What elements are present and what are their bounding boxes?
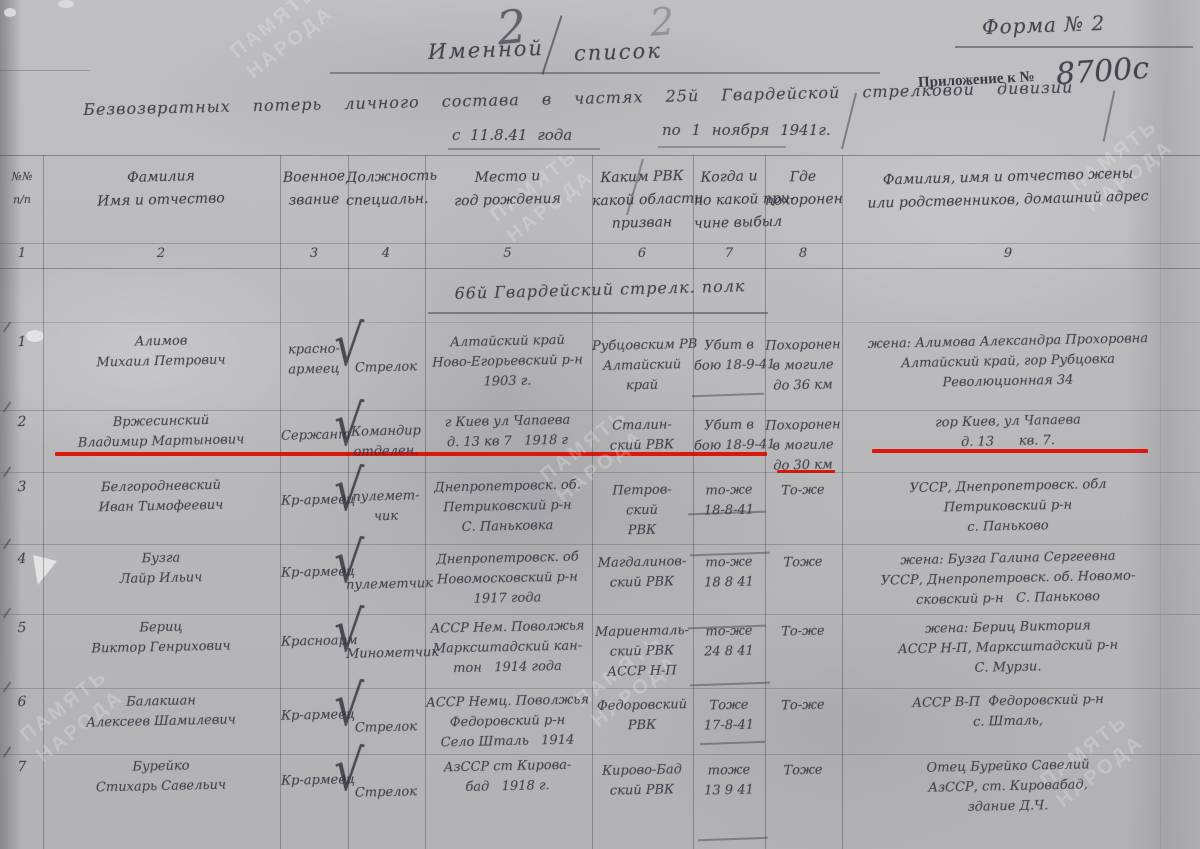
margin-tick — [3, 608, 12, 619]
title-underline — [330, 72, 880, 74]
column-header-line: какой области — [592, 189, 692, 212]
column-header-line: №№ — [2, 166, 43, 187]
row-2-rvk: Сталин- — [592, 415, 692, 437]
table-row-line — [0, 614, 1200, 615]
row-1-cause: бою 18-9-41 — [694, 355, 764, 376]
row-4-cause: то-же — [694, 552, 764, 573]
check-mark: √ — [333, 455, 365, 524]
row-1-name: Михаил Петрович — [46, 350, 276, 375]
ditto-dash — [700, 741, 765, 745]
row-6-rvk: Федоровский — [592, 695, 692, 717]
table-row-line — [0, 268, 1200, 269]
column-header-line: Имя и отчество — [46, 187, 276, 213]
date-underline — [658, 146, 786, 148]
row-4-burial: Тоже — [765, 552, 841, 574]
row-1-burial: в могиле — [765, 355, 841, 377]
row-2-burial: в могиле — [765, 435, 841, 457]
row-3-rvk: Петров- — [592, 480, 692, 502]
row-2-birth: д. 13 кв 7 1918 г — [425, 430, 590, 453]
check-mark: √ — [333, 310, 365, 379]
column-number: 4 — [346, 246, 426, 261]
row-2-cause: Убит в — [694, 415, 764, 436]
row-7-burial: Тоже — [765, 760, 841, 782]
row-1-rvk: Рубцовским РВ — [592, 335, 692, 357]
column-header-line: специальн. — [346, 189, 426, 211]
column-header-line: призван — [592, 212, 692, 235]
row-1-rvk: Алтайский — [592, 355, 692, 377]
ditto-dash — [690, 682, 770, 687]
row-3-burial: То-же — [765, 480, 841, 502]
form-label: Форма № 2 — [982, 11, 1106, 39]
row-6-rvk: РВК — [592, 715, 692, 737]
paper-fold-line — [1160, 155, 1161, 849]
row-3-rvk: ский — [592, 500, 692, 522]
column-header-line: или родственников, домашний адрес — [858, 186, 1158, 214]
row-1-burial: Похоронен — [765, 335, 841, 357]
column-header-line: Военное — [281, 166, 348, 188]
row-7-name: Стихарь Савельич — [46, 775, 276, 800]
row-5-rvk: АССР Н-П — [592, 661, 692, 683]
row-5-name: Виктор Генрихович — [46, 636, 276, 661]
row-1-burial: до 36 км — [765, 375, 841, 397]
document-scan: 2 2 Именной список Форма № 2 Приложение … — [0, 0, 1200, 849]
row-1-rvk: край — [592, 375, 692, 397]
column-header-line: по какой при- — [694, 189, 764, 211]
ditto-dash — [698, 837, 768, 841]
ditto-dash — [692, 393, 764, 398]
row-1-num: 1 — [2, 332, 42, 353]
row-6-burial: То-же — [765, 695, 841, 717]
row-4-birth: 1917 года — [425, 587, 590, 610]
column-number: 1 — [2, 246, 42, 261]
row-6-num: 6 — [2, 692, 42, 713]
document-title-word1: Именной — [428, 36, 545, 64]
table-row-line — [0, 322, 1200, 323]
row-6-cause: 17-8-41 — [694, 715, 764, 736]
row-1-cause: Убит в — [694, 335, 764, 356]
check-mark: √ — [333, 670, 365, 739]
row-5-rvk: ский РВК — [592, 641, 692, 663]
row-3-name: Иван Тимофеевич — [46, 495, 276, 520]
table-row-line — [0, 544, 1200, 545]
column-header-line: похоронен — [765, 189, 841, 211]
row-4-rvk: ский РВК — [592, 572, 692, 594]
row-5-cause: то-же — [694, 621, 764, 642]
row-6-cause: Тоже — [694, 695, 764, 716]
row-5-num: 5 — [2, 618, 42, 639]
column-header-line: Где — [765, 166, 841, 188]
row-7-rvk: Кирово-Бад — [592, 760, 692, 782]
row-5-rvk: Мариенталь- — [592, 621, 692, 643]
row-4-rvk: Магдалинов- — [592, 552, 692, 574]
row-2-name: Владимир Мартынович — [46, 430, 276, 455]
row-3-cause: то-же — [694, 480, 764, 501]
pencil-flourish — [1103, 90, 1116, 141]
margin-tick — [3, 322, 12, 333]
row-7-birth: бад 1918 г. — [425, 775, 590, 798]
row-7-num: 7 — [2, 757, 42, 778]
row-6-birth: Село Шталь 1914 — [425, 730, 590, 753]
table-row-line — [0, 155, 1200, 156]
row-5-birth: тон 1914 года — [425, 656, 590, 679]
date-to: по 1 ноября 1941г. — [662, 121, 831, 139]
column-header-line: Должность — [346, 166, 426, 188]
row-2-rvk: ский РВК — [592, 435, 692, 457]
form-underline — [955, 46, 1193, 48]
paper-tear — [58, 0, 74, 8]
table-row-line — [0, 754, 1200, 755]
check-mark: √ — [333, 527, 365, 596]
row-2-num: 2 — [2, 412, 42, 433]
margin-line — [0, 70, 90, 71]
column-header-line: чине выбыл — [694, 212, 764, 234]
row-7-cause: тоже — [694, 760, 764, 781]
watermark: ПАМЯТЬ НАРОДА — [225, 0, 339, 85]
date-from: с 11.8.41 года — [452, 126, 572, 144]
row-2-burial: до 30 км — [765, 455, 841, 477]
document-subtitle: Безвозвратных потерь личного состава в ч… — [83, 78, 1074, 119]
column-header-line: Когда и — [694, 166, 764, 188]
row-4-cause: 18 8 41 — [694, 572, 764, 593]
row-5-burial: То-же — [765, 621, 841, 643]
row-3-cause: 18-8-41 — [694, 500, 764, 521]
column-number: 9 — [858, 246, 1158, 261]
row-4-num: 4 — [2, 549, 42, 570]
column-number: 8 — [765, 246, 841, 261]
column-header-line: п/п — [2, 189, 43, 210]
table-row-line — [0, 243, 1200, 244]
row-6-name: Алексеев Шамилевич — [46, 710, 276, 735]
check-mark: √ — [333, 596, 365, 665]
column-number: 6 — [592, 246, 692, 261]
date-underline — [448, 148, 600, 150]
column-number: 2 — [46, 246, 276, 261]
row-2-burial: Похоронен — [765, 415, 841, 437]
column-number: 5 — [425, 246, 590, 261]
row-7-rvk: ский РВК — [592, 780, 692, 802]
column-header-line: Фамилия — [46, 164, 276, 190]
row-7-cause: 13 9 41 — [694, 780, 764, 801]
row-4-name: Лайр Ильич — [46, 567, 276, 592]
row-5-cause: 24 8 41 — [694, 641, 764, 662]
section-underline — [428, 312, 768, 314]
column-number: 3 — [281, 246, 347, 261]
row-1-birth: 1903 г. — [425, 370, 590, 393]
check-mark: √ — [333, 390, 365, 459]
section-header: 66й Гвардейский стрелк. полк — [425, 275, 775, 303]
check-mark: √ — [333, 735, 365, 804]
row-3-rvk: РВК — [592, 520, 692, 542]
table-column-line — [842, 155, 843, 849]
row-3-num: 3 — [2, 477, 42, 498]
row-3-birth: С. Паньковка — [425, 515, 590, 538]
document-title-word2: список — [574, 38, 663, 65]
paper-tear — [4, 8, 16, 17]
row-2-cause: бою 18-9-41 — [694, 435, 764, 456]
column-header-line: звание — [281, 189, 348, 211]
column-number: 7 — [694, 246, 764, 261]
title-slash — [541, 15, 562, 75]
margin-tick — [3, 747, 12, 758]
column-header-line: Каким РВК — [592, 166, 692, 189]
margin-tick — [3, 682, 12, 693]
